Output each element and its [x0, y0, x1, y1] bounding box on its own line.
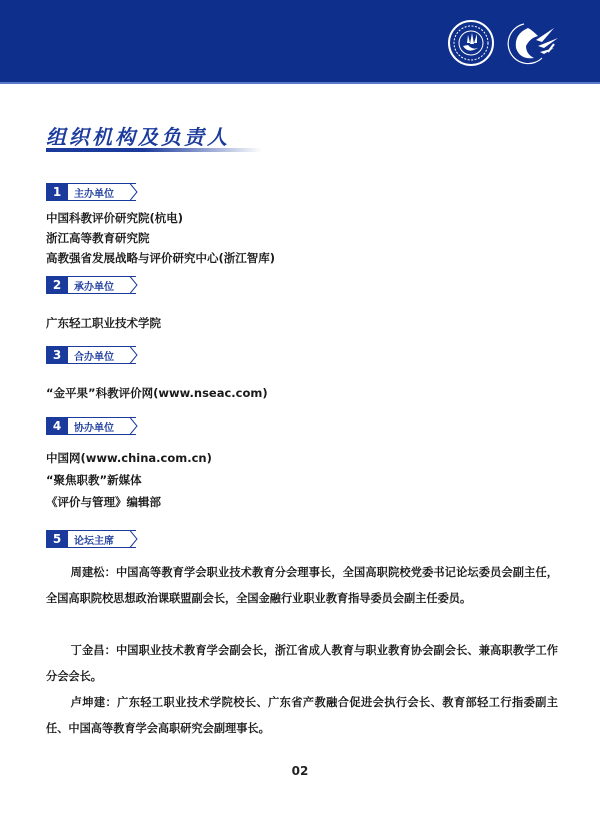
organizer-line: 高教强省发展战略与评价研究中心(浙江智库) [46, 250, 275, 266]
section-number: 5 [46, 530, 68, 548]
organizer-line: 中国科教评价研究院(杭电) [46, 210, 183, 226]
supporter-line: “聚焦职教”新媒体 [46, 472, 142, 488]
section-label: 主办单位 [68, 183, 136, 201]
section-badge-2: 2 承办单位 [46, 276, 138, 294]
section-number: 1 [46, 183, 68, 201]
section-number: 2 [46, 276, 68, 294]
section-number: 3 [46, 346, 68, 364]
bird-emblem-logo-icon [504, 18, 560, 68]
chair-bio-paragraph: 周建松：中国高等教育学会职业技术教育分会理事长，全国高职院校党委书记论坛委员会副… [46, 560, 558, 612]
page-title: 组织机构及负责人 [46, 121, 230, 150]
university-seal-logo-icon [446, 18, 496, 68]
supporter-line: 中国网(www.china.com.cn) [46, 450, 212, 466]
section-label: 合办单位 [68, 346, 136, 364]
section-badge-5: 5 论坛主席 [46, 530, 138, 548]
logo-group [446, 18, 560, 68]
title-underline [46, 148, 262, 152]
section-badge-4: 4 协办单位 [46, 417, 138, 435]
section-label: 承办单位 [68, 276, 136, 294]
header-banner [0, 0, 600, 84]
section-badge-3: 3 合办单位 [46, 346, 138, 364]
host-line: 广东轻工职业技术学院 [46, 315, 161, 331]
chair-bio-paragraph: 卢坤建：广东轻工职业技术学院校长、广东省产教融合促进会执行会长、教育部轻工行指委… [46, 690, 558, 742]
supporter-line: 《评价与管理》编辑部 [46, 494, 161, 510]
organizer-line: 浙江高等教育研究院 [46, 230, 150, 246]
section-label: 论坛主席 [68, 530, 136, 548]
section-badge-1: 1 主办单位 [46, 183, 138, 201]
section-label: 协办单位 [68, 417, 136, 435]
section-number: 4 [46, 417, 68, 435]
co-organizer-line: “金平果”科教评价网(www.nseac.com) [46, 385, 268, 401]
chair-bio-paragraph: 丁金昌：中国职业技术教育学会副会长，浙江省成人教育与职业教育协会副会长、兼高职教… [46, 638, 558, 690]
page-number: 02 [0, 764, 600, 778]
